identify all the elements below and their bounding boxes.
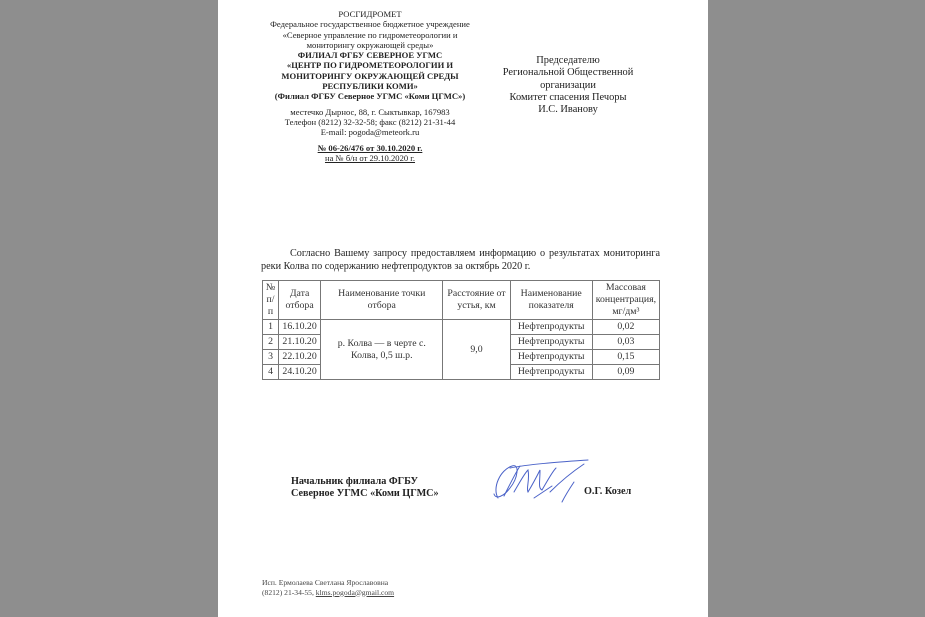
cell-point: р. Колва — в черте с. Колва, 0,5 ш.р. <box>321 320 443 380</box>
cell-date: 21.10.20 <box>279 335 321 350</box>
cell-num: 2 <box>263 335 279 350</box>
addressee-line: Комитет спасения Печоры <box>498 92 638 104</box>
branch-line-1: ФИЛИАЛ ФГБУ СЕВЕРНОЕ УГМС <box>270 50 470 60</box>
cell-num: 4 <box>263 365 279 380</box>
cell-indicator: Нефтепродукты <box>510 350 592 365</box>
addressee-line: Председателю <box>498 55 638 67</box>
table-header-row: № п/ п Дата отбора Наименование точки от… <box>263 281 660 320</box>
reference-reply: на № б/н от 29.10.2020 г. <box>270 153 470 163</box>
address: местечко Дырнос, 88, г. Сыктывкар, 16798… <box>270 107 470 117</box>
addressee-line: организации <box>498 80 638 92</box>
signatory-title: Начальник филиала ФГБУ Северное УГМС «Ко… <box>291 476 439 501</box>
cell-num: 3 <box>263 350 279 365</box>
email: E-mail: pogoda@meteork.ru <box>270 127 470 137</box>
table-row: 1 16.10.20 р. Колва — в черте с. Колва, … <box>263 320 660 335</box>
org-line-2: «Северное управление по гидрометеорологи… <box>270 30 470 40</box>
cell-value: 0,03 <box>592 335 659 350</box>
executor-name: Исп. Ермолаева Светлана Ярославовна <box>262 578 394 588</box>
cell-indicator: Нефтепродукты <box>510 335 592 350</box>
letterhead: РОСГИДРОМЕТ Федеральное государственное … <box>270 9 470 163</box>
cell-distance: 9,0 <box>443 320 510 380</box>
branch-short-name: (Филиал ФГБУ Северное УГМС «Коми ЦГМС») <box>270 91 470 101</box>
cell-date: 22.10.20 <box>279 350 321 365</box>
executor-email-link[interactable]: klms.pogoda@gmail.com <box>316 588 394 597</box>
cell-value: 0,02 <box>592 320 659 335</box>
monitoring-table: № п/ п Дата отбора Наименование точки от… <box>262 280 660 380</box>
header-indicator: Наименование показателя <box>510 281 592 320</box>
header-distance: Расстояние от устья, км <box>443 281 510 320</box>
header-point: Наименование точки отбора <box>321 281 443 320</box>
cell-value: 0,15 <box>592 350 659 365</box>
branch-line-4: РЕСПУБЛИКИ КОМИ» <box>270 81 470 91</box>
addressee-line: Региональной Общественной <box>498 67 638 79</box>
document-page: РОСГИДРОМЕТ Федеральное государственное … <box>218 0 708 617</box>
cell-indicator: Нефтепродукты <box>510 365 592 380</box>
signatory-title-line: Северное УГМС «Коми ЦГМС» <box>291 488 439 500</box>
header-num: № п/ п <box>263 281 279 320</box>
executor-info: Исп. Ермолаева Светлана Ярославовна (821… <box>262 578 394 597</box>
agency-name: РОСГИДРОМЕТ <box>270 9 470 19</box>
cell-value: 0,09 <box>592 365 659 380</box>
cell-indicator: Нефтепродукты <box>510 320 592 335</box>
reference-number: № 06-26/476 от 30.10.2020 г. <box>270 143 470 153</box>
addressee-name: И.С. Иванову <box>498 104 638 116</box>
header-date: Дата отбора <box>279 281 321 320</box>
header-concentration: Массовая концентрация, мг/дм³ <box>592 281 659 320</box>
handwritten-signature <box>490 458 590 506</box>
phone-fax: Телефон (8212) 32-32-58; факс (8212) 21-… <box>270 117 470 127</box>
body-text: Согласно Вашему запросу предоставляем ин… <box>261 248 660 272</box>
branch-line-3: МОНИТОРИНГУ ОКРУЖАЮЩЕЙ СРЕДЫ <box>270 71 470 81</box>
cell-num: 1 <box>263 320 279 335</box>
executor-phone: (8212) 21-34-55, <box>262 588 314 597</box>
body-paragraph: Согласно Вашему запросу предоставляем ин… <box>261 247 660 273</box>
signatory-title-line: Начальник филиала ФГБУ <box>291 476 439 488</box>
signatory-name: О.Г. Козел <box>584 486 631 497</box>
org-line-3: мониторингу окружающей среды» <box>270 40 470 50</box>
cell-date: 16.10.20 <box>279 320 321 335</box>
branch-line-2: «ЦЕНТР ПО ГИДРОМЕТЕОРОЛОГИИ И <box>270 60 470 70</box>
cell-date: 24.10.20 <box>279 365 321 380</box>
org-line-1: Федеральное государственное бюджетное уч… <box>270 19 470 29</box>
addressee-block: Председателю Региональной Общественной о… <box>498 55 638 116</box>
